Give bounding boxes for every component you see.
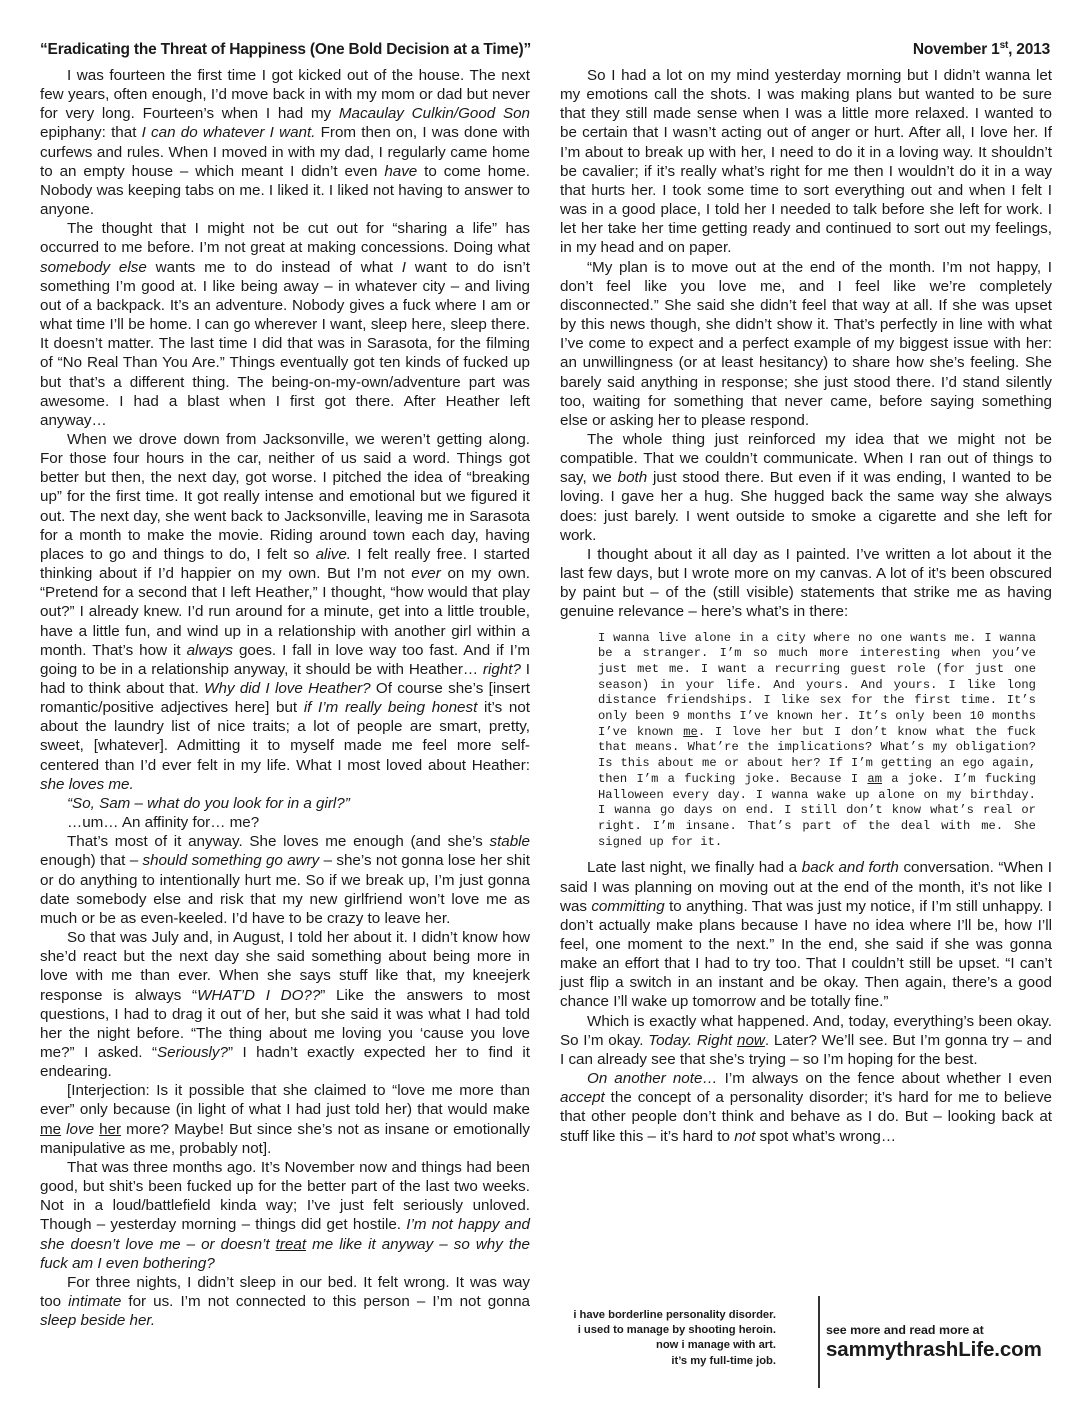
paragraph: So that was July and, in August, I told … [40, 928, 530, 1081]
bio-line: it’s my full-time job. [573, 1354, 776, 1369]
paragraph: …um… An affinity for… me? [40, 813, 530, 832]
website-link[interactable]: sammythrashLife.com [826, 1338, 1042, 1362]
paragraph: So I had a lot on my mind yesterday morn… [560, 66, 1052, 258]
right-column-intro: So I had a lot on my mind yesterday morn… [560, 66, 1052, 622]
paragraph: For three nights, I didn’t sleep in our … [40, 1273, 530, 1330]
bio-line: now i manage with art. [573, 1338, 776, 1353]
canvas-quote: I wanna live alone in a city where no on… [598, 631, 1036, 851]
promo-text: see more and read more at [826, 1322, 1042, 1338]
paragraph: I was fourteen the first time I got kick… [40, 66, 530, 219]
paragraph: “My plan is to move out at the end of th… [560, 258, 1052, 430]
left-column: I was fourteen the first time I got kick… [40, 66, 530, 1330]
paragraph: That was three months ago. It’s November… [40, 1158, 530, 1273]
page-header: “Eradicating the Threat of Happiness (On… [40, 40, 1050, 64]
article-date: November 1st, 2013 [913, 40, 1050, 59]
paragraph: [Interjection: Is it possible that she c… [40, 1081, 530, 1158]
paragraph: I thought about it all day as I painted.… [560, 545, 1052, 622]
right-column-outro: Late last night, we finally had a back a… [560, 858, 1052, 1145]
article-title: “Eradicating the Threat of Happiness (On… [40, 41, 531, 59]
footer-banner: i have borderline personality disorder. … [560, 1296, 1050, 1388]
paragraph: That’s most of it anyway. She loves me e… [40, 832, 530, 928]
footer-divider [818, 1296, 820, 1388]
paragraph: The whole thing just reinforced my idea … [560, 430, 1052, 545]
bio-line: i have borderline personality disorder. [573, 1308, 776, 1323]
paragraph: The thought that I might not be cut out … [40, 219, 530, 430]
website-promo: see more and read more at sammythrashLif… [826, 1322, 1042, 1362]
paragraph: When we drove down from Jacksonville, we… [40, 430, 530, 794]
author-bio: i have borderline personality disorder. … [573, 1308, 776, 1369]
right-column: So I had a lot on my mind yesterday morn… [560, 66, 1052, 1146]
paragraph: On another note… I’m always on the fence… [560, 1069, 1052, 1146]
paragraph: “So, Sam – what do you look for in a gir… [40, 794, 530, 813]
paragraph: Which is exactly what happened. And, tod… [560, 1012, 1052, 1069]
bio-line: i used to manage by shooting heroin. [573, 1323, 776, 1338]
paragraph: Late last night, we finally had a back a… [560, 858, 1052, 1011]
